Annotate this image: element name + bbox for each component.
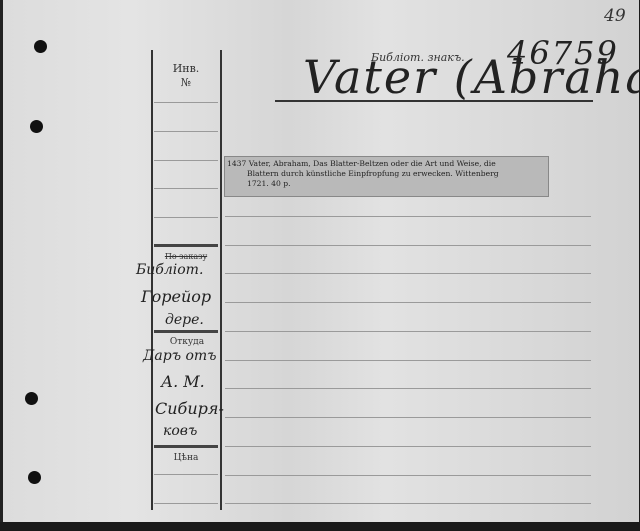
punch-hole-1 [34,40,47,53]
ruled-line [225,417,591,418]
donor-initials: А. М. [161,372,205,391]
clipping-line-2: Blattern durch künstliche Einpfropfung z… [227,169,544,179]
left-section-divider [154,330,218,333]
donor-surname-2: ковъ [163,423,197,439]
catalog-clipping: 1437 Vater, Abraham, Das Blatter-Beltzen… [224,156,549,197]
heading-underline [275,100,593,102]
from-label: Откуда [155,337,219,347]
left-rule [154,188,218,189]
punch-hole-4 [28,471,41,484]
donor-surname-1: Сибиря- [155,399,224,418]
subject-handwritten-2: дере. [165,312,204,328]
inv-label: Инв. [153,62,219,75]
ruled-line [225,302,591,303]
subject-handwritten-1: Горейор [141,287,211,306]
left-rule [154,474,218,475]
clipping-line-3: 1721. 40 p. [227,179,544,189]
left-rule [154,217,218,218]
left-column-border-right [220,50,222,510]
clipping-line-1: 1437 Vater, Abraham, Das Blatter-Beltzen… [227,159,544,169]
punch-hole-2 [30,120,43,133]
by-catalog-label: По заказу [153,252,219,261]
ruled-line [225,216,591,217]
price-label: Цѣна [153,453,219,463]
left-rule [154,160,218,161]
left-rule [154,102,218,103]
ruled-line [225,245,591,246]
page-number: 49 [604,6,626,26]
left-section-divider [154,445,218,448]
ruled-line [225,331,591,332]
left-rule [154,503,218,504]
author-heading: Vater (Abraham). [303,50,640,104]
ruled-line [225,273,591,274]
number-sign-label: № [153,76,219,89]
ruled-line [225,388,591,389]
left-rule [154,131,218,132]
gift-handwritten: Даръ отъ [143,348,217,364]
ruled-line [225,503,591,504]
ruled-line [225,446,591,447]
catalog-card: 49 Инв. № По заказу Библіот. Горейор дер… [0,0,639,522]
left-column-border-left [151,50,153,510]
library-handwritten: Библіот. [136,262,203,278]
left-section-divider [154,244,218,247]
entry-number: 1437 [227,159,246,168]
punch-hole-3 [25,392,38,405]
ruled-line [225,475,591,476]
ruled-line [225,360,591,361]
